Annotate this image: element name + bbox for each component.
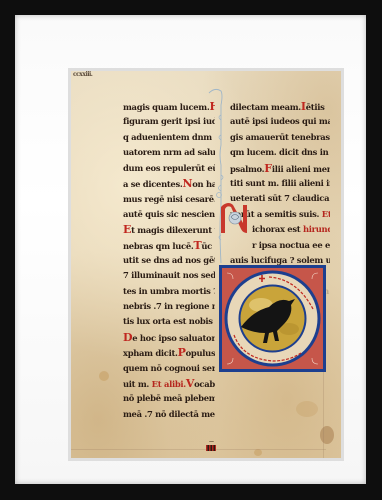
text-line: r ipsa noctua ee ecē xyxy=(230,238,330,253)
text-line: tis lux orta est nobis . xyxy=(123,314,215,329)
text-line: nebras qm lucē.Tūc co xyxy=(123,238,215,253)
text-line: xpham dicit.Populus xyxy=(123,345,215,360)
text-line: mus regē nisi cesarē.Hūc xyxy=(123,191,215,206)
text-line: gis amauerūt tenebras xyxy=(230,130,330,145)
mat-board: ccxxiii. magis quam lucem.H figuram geri… xyxy=(15,15,366,484)
text-line: nō plebē meā plebem xyxy=(123,391,215,406)
stain xyxy=(254,449,262,456)
text-line: q aduenientem dnm ? sal xyxy=(123,130,215,145)
text-line: quem nō cognoui seruī xyxy=(123,361,215,376)
text-line: psalmo.Filii alieni men xyxy=(230,161,330,176)
manuscript-page: ccxxiii. magis quam lucem.H figuram geri… xyxy=(71,71,341,458)
stain xyxy=(99,371,109,381)
text-line: De hoc ipso saluator p xyxy=(123,330,215,345)
text-line: autē quis sic nescientes. xyxy=(123,207,215,222)
text-line: qm lucem. dicit dns in xyxy=(230,145,330,160)
text-line: dum eos repulerūt eū xyxy=(123,161,215,176)
ruling-line xyxy=(71,449,326,450)
text-line: autē ipsi iudeos qui ma xyxy=(230,114,330,129)
text-line: 7 illuminauit nos seden xyxy=(123,268,215,283)
margin-note: ccxxiii. xyxy=(73,71,92,78)
text-line: tes in umbra mortis ? te xyxy=(123,284,215,299)
text-line: nebris .7 in regione mor xyxy=(123,299,215,314)
artwork-panel: ccxxiii. magis quam lucem.H figuram geri… xyxy=(68,68,344,461)
stain xyxy=(296,401,318,417)
text-line: dilectam meam.Iētiis xyxy=(230,99,330,114)
picture-frame: ccxxiii. magis quam lucem.H figuram geri… xyxy=(0,0,382,500)
decorated-initial-n xyxy=(219,201,249,235)
text-line: uatorem nrm ad saluā xyxy=(123,145,215,160)
text-column-left: magis quam lucem.H figuram gerit ipsi iu… xyxy=(123,99,215,422)
text-line: meā .7 nō dilectā meam xyxy=(123,407,215,422)
raven-miniature xyxy=(219,265,326,372)
text-line: titi sunt m. filii alieni in xyxy=(230,176,330,191)
folio-number xyxy=(206,445,216,451)
text-line: utit se dns ad nos gētes xyxy=(123,253,215,268)
text-line: Et magis dilexerunt te xyxy=(123,222,215,237)
text-line: magis quam lucem.H xyxy=(123,99,215,114)
ruling-line xyxy=(323,371,324,458)
text-line: uit m. Et alibi.Vocabo xyxy=(123,376,215,391)
text-line: figuram gerit ipsi iudeos p xyxy=(123,114,215,129)
text-line: a se dicentes.Non habe xyxy=(123,176,215,191)
filigree-penwork xyxy=(207,85,227,265)
